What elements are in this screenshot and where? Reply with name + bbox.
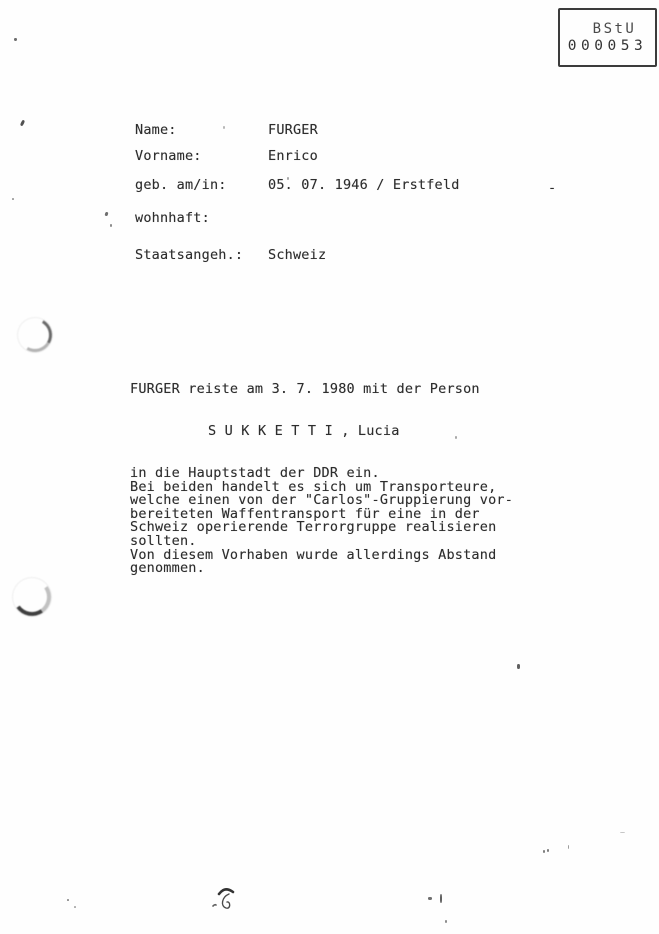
punch-hole-mark-lower (10, 575, 54, 619)
noise-speck (455, 436, 457, 439)
noise-speck (620, 832, 625, 833)
noise-speck (12, 198, 14, 200)
field-value-staatsangehoerigkeit: Schweiz (268, 248, 326, 262)
noise-speck (517, 664, 520, 669)
noise-speck (287, 177, 289, 180)
noise-speck (440, 894, 442, 903)
body-intro-line: FURGER reiste am 3. 7. 1980 mit der Pers… (130, 382, 480, 396)
noise-speck (547, 849, 549, 852)
field-value-geburtsdatum: 05. 07. 1946 / Erstfeld (268, 178, 460, 192)
noise-speck (543, 850, 545, 853)
field-row-vorname: Vorname: Enrico (135, 149, 318, 163)
noise-speck (110, 224, 112, 227)
field-row-name: Name: FURGER (135, 123, 318, 137)
noise-speck (105, 212, 109, 217)
noise-speck (20, 120, 25, 127)
field-value-name: FURGER (268, 123, 318, 137)
stamp-agency-label: BStU (593, 21, 637, 37)
field-label-name: Name: (135, 123, 268, 137)
field-label-staatsangehoerigkeit: Staatsangeh.: (135, 248, 268, 262)
noise-speck (428, 897, 432, 900)
noise-speck (14, 38, 17, 41)
noise-speck (445, 920, 447, 923)
stray-dash-mark: - (548, 181, 556, 195)
field-row-wohnhaft: wohnhaft: (135, 211, 268, 225)
field-value-vorname: Enrico (268, 149, 318, 163)
field-row-staatsangehoerigkeit: Staatsangeh.: Schweiz (135, 248, 326, 262)
bstu-archive-stamp: BStU 000053 (558, 8, 657, 67)
field-label-wohnhaft: wohnhaft: (135, 211, 268, 225)
field-label-geburtsdatum: geb. am/in: (135, 178, 268, 192)
field-row-geburtsdatum: geb. am/in: 05. 07. 1946 / Erstfeld (135, 178, 460, 192)
body-paragraph: in die Hauptstadt der DDR ein. Bei beide… (130, 467, 513, 576)
noise-speck (74, 906, 76, 908)
body-person-name-line: S U K K E T T I , Lucia (208, 424, 400, 438)
noise-speck (67, 899, 69, 901)
field-label-vorname: Vorname: (135, 149, 268, 163)
noise-speck (223, 126, 225, 129)
noise-speck (568, 845, 569, 849)
punch-hole-mark-upper (14, 314, 56, 356)
paragraph-line: genommen. (130, 562, 513, 576)
stamp-serial-number: 000053 (568, 38, 647, 54)
handwritten-mark (210, 884, 244, 918)
